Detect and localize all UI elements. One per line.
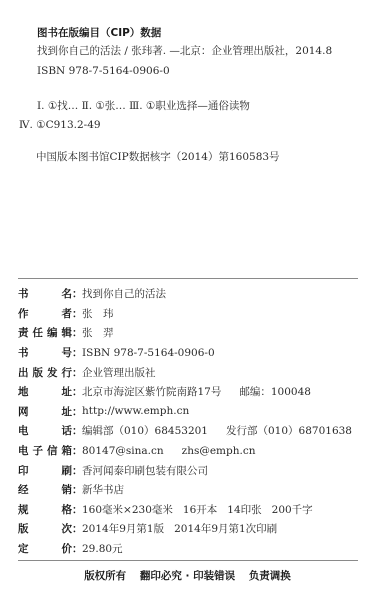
colophon-table: 书名 ： 找到你自己的活法 作者 ： 张 玮 责任编辑 ： 张 羿 书号 ： I… — [18, 284, 363, 558]
row-label: 责任编辑 — [18, 325, 72, 340]
postal-code: 邮编：100048 — [239, 384, 311, 399]
row-author: 作者 ： 张 玮 — [18, 304, 363, 324]
copyright-notice: 版权所有 翻印必究 · 印装错误 负责调换 — [0, 568, 375, 583]
row-label: 书名 — [18, 286, 72, 301]
copyright-text: 版权所有 — [84, 570, 126, 582]
row-address: 地址 ： 北京市海淀区紫竹院南路17号 邮编：100048 — [18, 382, 363, 402]
cip-classification-line: Ⅳ. ①C913.2-49 — [19, 118, 101, 132]
distribution-phone: 发行部（010）68701638 — [226, 423, 352, 438]
row-email: 电子信箱 ： 80147@sina.cn zhs@emph.cn — [18, 441, 363, 461]
row-editor: 责任编辑 ： 张 羿 — [18, 323, 363, 343]
row-phone: 电话 ： 编辑部（010）68453201 发行部（010）68701638 — [18, 421, 363, 441]
row-label: 电子信箱 — [18, 443, 72, 458]
row-edition: 版次 ： 2014年9月第1版 2014年9月第1次印刷 — [18, 519, 363, 539]
row-label: 电话 — [18, 423, 72, 438]
row-printer: 印刷 ： 香河闻泰印刷包装有限公司 — [18, 460, 363, 480]
cip-block: 图书在版编目（CIP）数据 — [37, 26, 357, 40]
cip-subject-line: Ⅰ. ①找… Ⅱ. ①张… Ⅲ. ①职业选择—通俗读物 — [37, 99, 250, 113]
printing: 2014年9月第1次印刷 — [174, 521, 277, 536]
row-label: 印刷 — [18, 463, 72, 478]
bottom-divider — [18, 560, 358, 561]
trim-size: 160毫米×230毫米 — [82, 502, 173, 517]
cip-title-author-line: 找到你自己的活法 / 张玮著. —北京：企业管理出版社，2014.8 — [37, 44, 332, 58]
row-value: 新华书店 — [82, 482, 124, 497]
row-label: 作者 — [18, 306, 72, 321]
row-label: 定价 — [18, 541, 72, 556]
row-label: 网址 — [18, 404, 72, 419]
cip-isbn-line: ISBN 978-7-5164-0906-0 — [37, 64, 170, 78]
row-label: 版次 — [18, 521, 72, 536]
row-label: 书号 — [18, 345, 72, 360]
row-value: 找到你自己的活法 — [82, 286, 166, 301]
row-book-title: 书名 ： 找到你自己的活法 — [18, 284, 363, 304]
row-value: 北京市海淀区紫竹院南路17号 — [82, 384, 221, 399]
piracy-text: 翻印必究 · 印装错误 — [140, 570, 235, 582]
row-website: 网址 ： http://www.emph.cn — [18, 402, 363, 422]
website-link[interactable]: http://www.emph.cn — [82, 405, 189, 417]
cip-record-number: 中国版本图书馆CIP数据核字（2014）第160583号 — [36, 150, 280, 164]
row-value: 企业管理出版社 — [82, 365, 156, 380]
cip-title: 图书在版编目（CIP）数据 — [37, 26, 357, 40]
exchange-text: 负责调换 — [249, 570, 291, 582]
email-1[interactable]: 80147@sina.cn — [82, 445, 164, 457]
row-distributor: 经销 ： 新华书店 — [18, 480, 363, 500]
row-value: 香河闻泰印刷包装有限公司 — [82, 463, 208, 478]
row-specs: 规格 ： 160毫米×230毫米 16开本 14印张 200千字 — [18, 500, 363, 520]
row-publisher: 出版发行 ： 企业管理出版社 — [18, 362, 363, 382]
row-isbn: 书号 ： ISBN 978-7-5164-0906-0 — [18, 343, 363, 363]
row-price: 定价 ： 29.80元 — [18, 539, 363, 559]
row-label: 出版发行 — [18, 365, 72, 380]
format: 16开本 — [183, 502, 217, 517]
email-2[interactable]: zhs@emph.cn — [182, 445, 256, 457]
row-label: 经销 — [18, 482, 72, 497]
sheets: 14印张 — [227, 502, 261, 517]
row-label: 地址 — [18, 384, 72, 399]
row-label: 规格 — [18, 502, 72, 517]
row-value: ISBN 978-7-5164-0906-0 — [82, 347, 215, 359]
edition: 2014年9月第1版 — [82, 521, 164, 536]
row-value: 张 玮 — [82, 306, 114, 321]
top-divider — [18, 278, 358, 279]
editorial-phone: 编辑部（010）68453201 — [82, 423, 208, 438]
row-value: 张 羿 — [82, 325, 114, 340]
word-count: 200千字 — [272, 502, 313, 517]
price: 29.80元 — [82, 541, 123, 556]
